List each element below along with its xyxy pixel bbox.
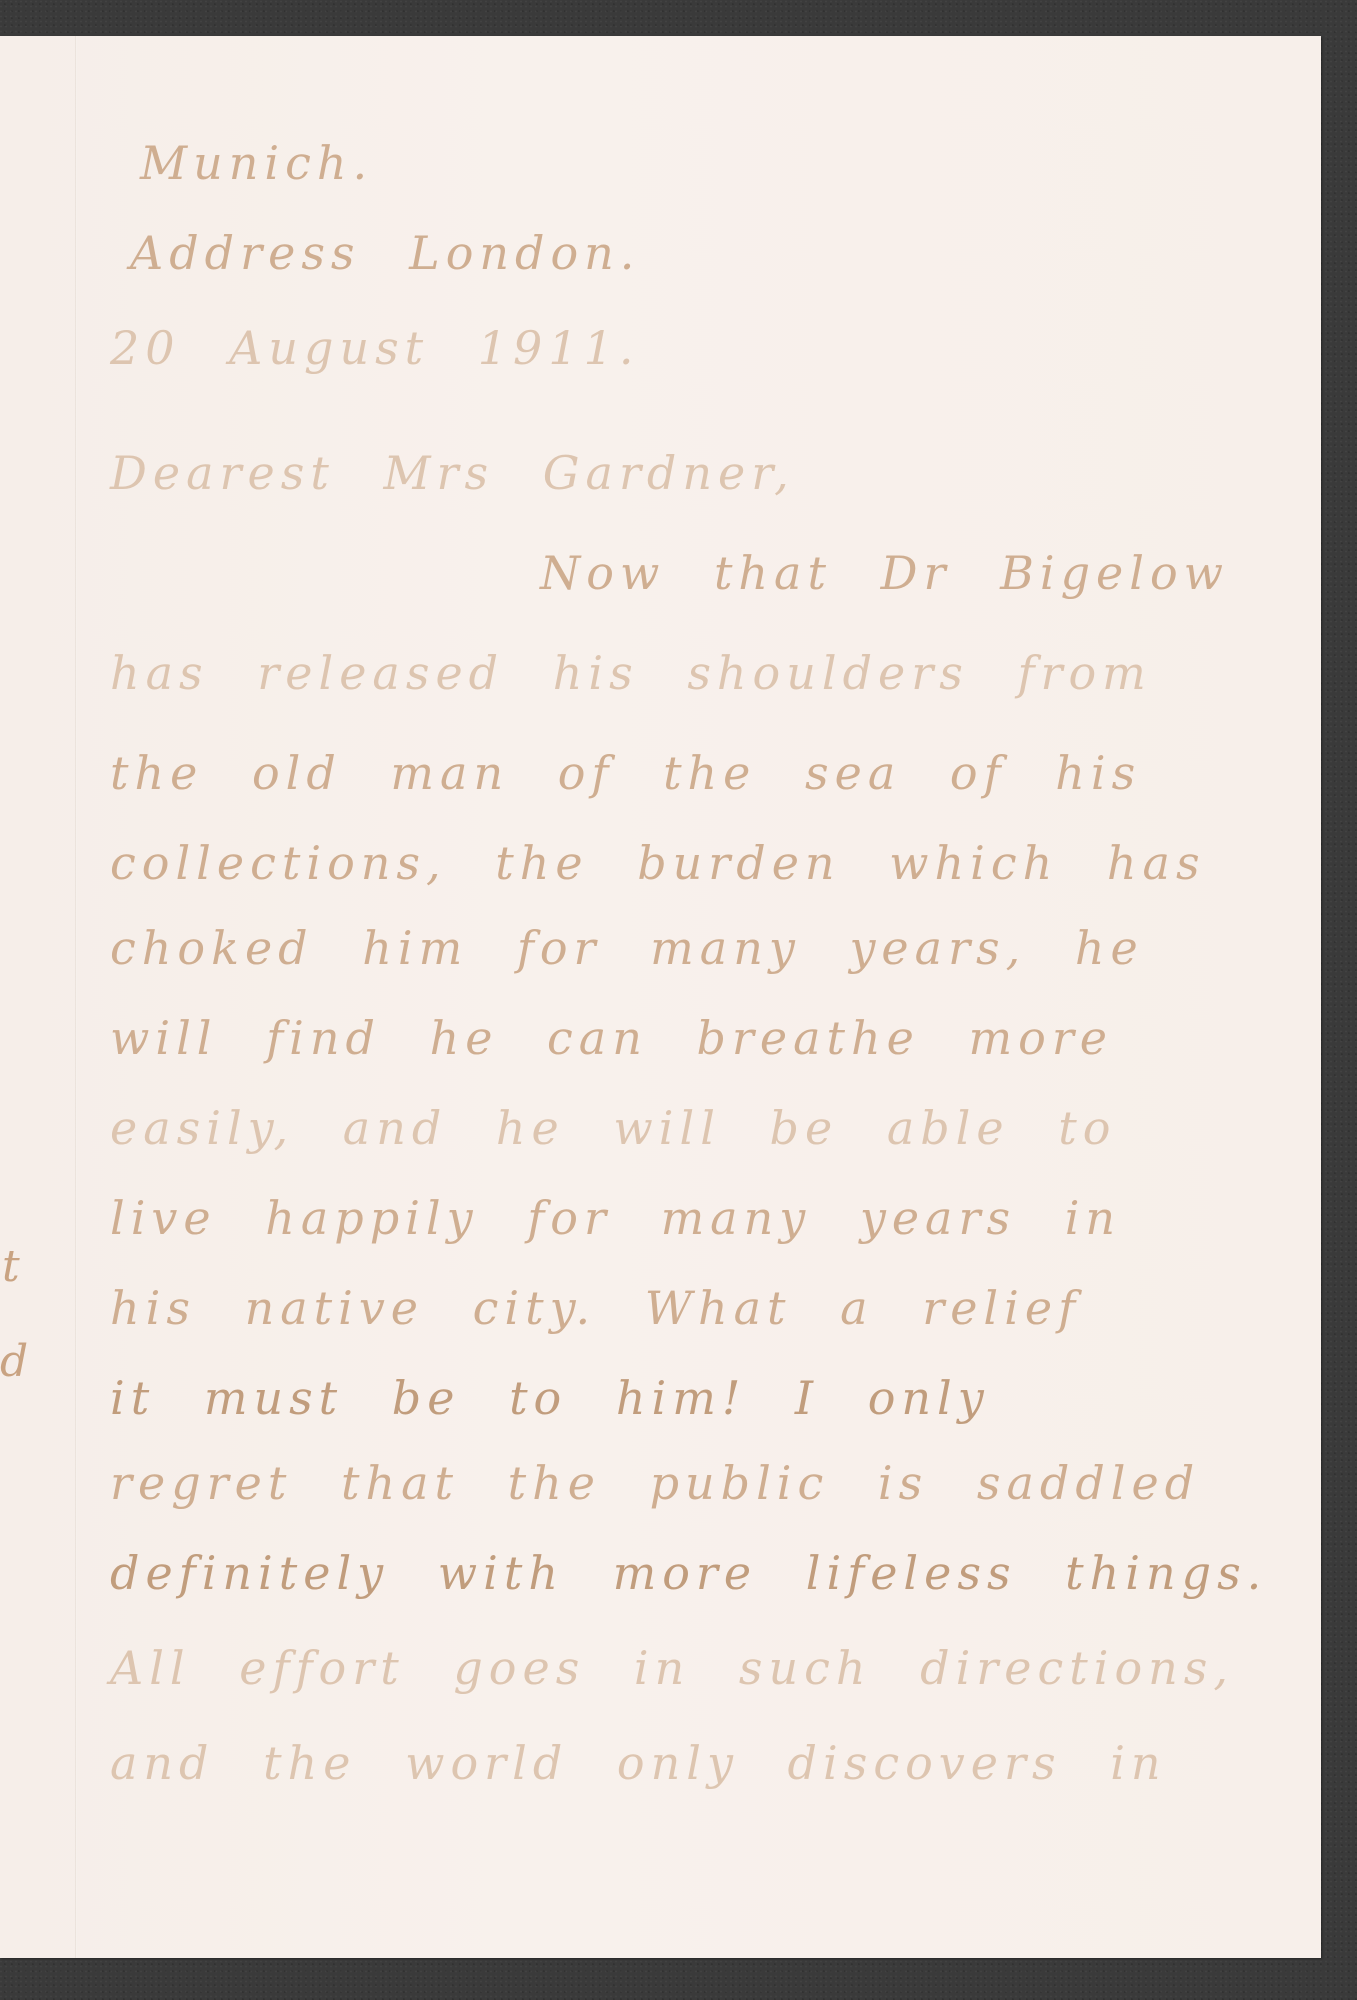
letter-body-line: definitely with more lifeless things. — [110, 1546, 1267, 1600]
letter-body-line: and the world only discovers in — [110, 1736, 1167, 1790]
letter-body-line: easily, and he will be able to — [110, 1101, 1116, 1155]
letter-date: 20 August 1911. — [110, 321, 639, 375]
letter-body-line: has released his shoulders from — [110, 646, 1152, 700]
letter-page: t d Munich. Address London. 20 August 19… — [0, 36, 1321, 1958]
adjacent-page-fragment: t — [2, 1241, 20, 1292]
letter-body-line: Now that Dr Bigelow — [540, 546, 1229, 600]
letter-body-line: choked him for many years, he — [110, 921, 1144, 975]
letter-body-line: the old man of the sea of his — [110, 746, 1141, 800]
letter-body-line: his native city. What a relief — [110, 1281, 1081, 1335]
letter-salutation: Dearest Mrs Gardner, — [110, 446, 795, 500]
letter-address: Address London. — [130, 226, 640, 280]
letter-body-line: regret that the public is saddled — [110, 1456, 1200, 1510]
page-fold-line — [75, 36, 77, 1958]
letter-body-line: live happily for many years in — [110, 1191, 1121, 1245]
adjacent-page-fragment: d — [0, 1336, 28, 1387]
letter-body-line: will find he can breathe more — [110, 1011, 1113, 1065]
letter-body-line: collections, the burden which has — [110, 836, 1206, 890]
letter-body-line: it must be to him! I only — [110, 1371, 990, 1425]
letter-place: Munich. — [140, 136, 373, 190]
letter-body-line: All effort goes in such directions, — [110, 1641, 1234, 1695]
